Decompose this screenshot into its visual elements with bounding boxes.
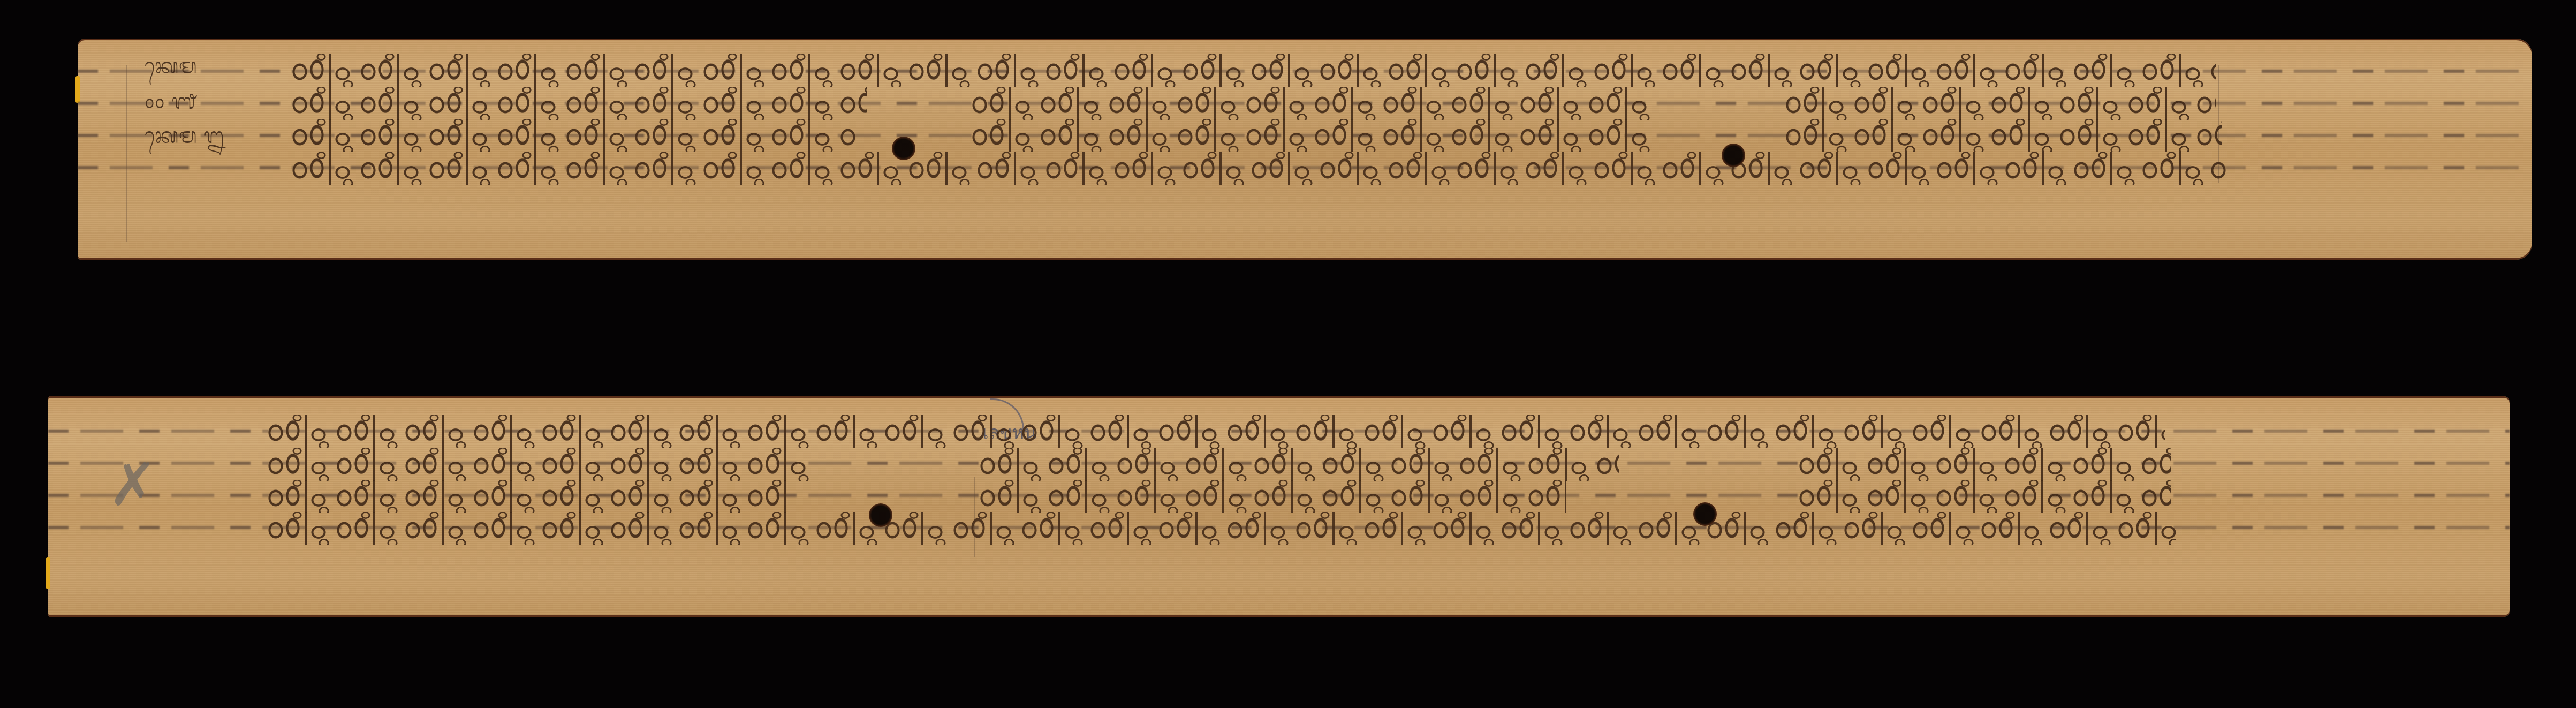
text-line-2-right: [1796, 448, 2171, 481]
text-line-4: [265, 512, 2176, 545]
binding-hole: [1693, 502, 1717, 526]
x-mark: ✗: [108, 455, 157, 514]
text-line-1: [265, 415, 2165, 448]
text-line-3-right: [1796, 480, 2171, 513]
text-line-4: [289, 152, 2227, 185]
text-line-2-left: [265, 448, 811, 481]
text-line-3-right: [1783, 119, 2222, 152]
text-line-3-left: [289, 119, 857, 152]
text-line-2-middle: [977, 448, 1619, 481]
binding-hole: [1722, 144, 1745, 167]
text-line-3-middle: [969, 119, 1654, 152]
margin-rule: [126, 65, 127, 242]
text-line-1: [289, 54, 2216, 87]
text-line-2-middle: [969, 87, 1654, 120]
gilded-edge: [46, 557, 50, 589]
margin-label: ᬓᬾᬫ ᭒: [145, 124, 224, 148]
text-line-3-left: [265, 480, 790, 513]
margin-label: ᬓᬾᬫ: [145, 55, 197, 78]
binding-hole: [869, 503, 892, 527]
text-line-3-middle: [977, 480, 1566, 513]
binding-hole: [892, 137, 915, 160]
palm-leaf-1: ᬓᬾᬫ ᭐᭐ ᭑ ᬓᬾᬫ ᭒: [78, 39, 2532, 260]
text-line-2-right: [1783, 87, 2216, 120]
palm-leaf-2: ✗ เลขหน: [48, 396, 2510, 617]
margin-label: ᭐᭐ ᭑: [145, 90, 197, 114]
text-line-2-left: [289, 87, 867, 120]
gilded-edge: [75, 76, 80, 103]
